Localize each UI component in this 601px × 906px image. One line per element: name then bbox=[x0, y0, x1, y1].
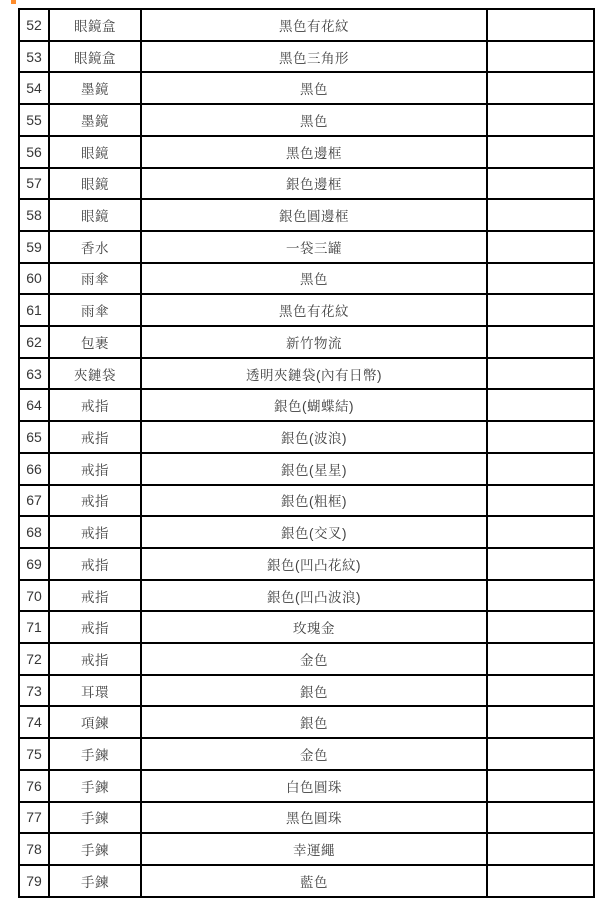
notes-cell bbox=[487, 833, 594, 865]
description-cell: 黑色圓珠 bbox=[141, 802, 487, 834]
description-cell: 銀色(蝴蝶結) bbox=[141, 389, 487, 421]
item-cell: 手鍊 bbox=[49, 770, 141, 802]
table-row: 61雨傘黑色有花紋 bbox=[19, 294, 594, 326]
description-cell: 新竹物流 bbox=[141, 326, 487, 358]
description-cell: 銀色(星星) bbox=[141, 453, 487, 485]
table-row: 79手鍊藍色 bbox=[19, 865, 594, 897]
notes-cell bbox=[487, 199, 594, 231]
row-number-cell: 58 bbox=[19, 199, 49, 231]
row-number-cell: 72 bbox=[19, 643, 49, 675]
table-row: 60雨傘黑色 bbox=[19, 263, 594, 295]
table-row: 71戒指玫瑰金 bbox=[19, 611, 594, 643]
row-number-cell: 68 bbox=[19, 516, 49, 548]
item-cell: 夾鏈袋 bbox=[49, 358, 141, 390]
orange-marker bbox=[11, 0, 16, 4]
description-cell: 黑色 bbox=[141, 263, 487, 295]
item-cell: 眼鏡 bbox=[49, 136, 141, 168]
row-number-cell: 55 bbox=[19, 104, 49, 136]
description-cell: 白色圓珠 bbox=[141, 770, 487, 802]
description-cell: 銀色(波浪) bbox=[141, 421, 487, 453]
notes-cell bbox=[487, 9, 594, 41]
description-cell: 銀色(交叉) bbox=[141, 516, 487, 548]
item-cell: 墨鏡 bbox=[49, 104, 141, 136]
item-cell: 手鍊 bbox=[49, 833, 141, 865]
notes-cell bbox=[487, 548, 594, 580]
row-number-cell: 75 bbox=[19, 738, 49, 770]
row-number-cell: 60 bbox=[19, 263, 49, 295]
item-cell: 戒指 bbox=[49, 611, 141, 643]
item-cell: 耳環 bbox=[49, 675, 141, 707]
notes-cell bbox=[487, 326, 594, 358]
row-number-cell: 62 bbox=[19, 326, 49, 358]
notes-cell bbox=[487, 168, 594, 200]
notes-cell bbox=[487, 643, 594, 675]
description-cell: 銀色邊框 bbox=[141, 168, 487, 200]
notes-cell bbox=[487, 770, 594, 802]
notes-cell bbox=[487, 865, 594, 897]
description-cell: 金色 bbox=[141, 738, 487, 770]
description-cell: 銀色(凹凸花紋) bbox=[141, 548, 487, 580]
notes-cell bbox=[487, 485, 594, 517]
row-number-cell: 78 bbox=[19, 833, 49, 865]
table-row: 63夾鏈袋透明夾鏈袋(內有日幣) bbox=[19, 358, 594, 390]
description-cell: 透明夾鏈袋(內有日幣) bbox=[141, 358, 487, 390]
table-row: 77手鍊黑色圓珠 bbox=[19, 802, 594, 834]
table-row: 75手鍊金色 bbox=[19, 738, 594, 770]
table-row: 56眼鏡黑色邊框 bbox=[19, 136, 594, 168]
table-row: 72戒指金色 bbox=[19, 643, 594, 675]
table-row: 76手鍊白色圓珠 bbox=[19, 770, 594, 802]
description-cell: 黑色有花紋 bbox=[141, 9, 487, 41]
table-row: 67戒指銀色(粗框) bbox=[19, 485, 594, 517]
description-cell: 黑色 bbox=[141, 72, 487, 104]
table-row: 68戒指銀色(交叉) bbox=[19, 516, 594, 548]
item-cell: 眼鏡盒 bbox=[49, 9, 141, 41]
item-cell: 眼鏡 bbox=[49, 199, 141, 231]
table-row: 69戒指銀色(凹凸花紋) bbox=[19, 548, 594, 580]
description-cell: 藍色 bbox=[141, 865, 487, 897]
table-row: 54墨鏡黑色 bbox=[19, 72, 594, 104]
row-number-cell: 69 bbox=[19, 548, 49, 580]
table-row: 62包裹新竹物流 bbox=[19, 326, 594, 358]
row-number-cell: 65 bbox=[19, 421, 49, 453]
notes-cell bbox=[487, 516, 594, 548]
item-cell: 戒指 bbox=[49, 453, 141, 485]
row-number-cell: 54 bbox=[19, 72, 49, 104]
item-cell: 墨鏡 bbox=[49, 72, 141, 104]
table-row: 73耳環銀色 bbox=[19, 675, 594, 707]
notes-cell bbox=[487, 263, 594, 295]
notes-cell bbox=[487, 294, 594, 326]
row-number-cell: 61 bbox=[19, 294, 49, 326]
table-row: 74項鍊銀色 bbox=[19, 706, 594, 738]
table-row: 55墨鏡黑色 bbox=[19, 104, 594, 136]
item-cell: 眼鏡 bbox=[49, 168, 141, 200]
item-cell: 香水 bbox=[49, 231, 141, 263]
description-cell: 銀色(凹凸波浪) bbox=[141, 580, 487, 612]
description-cell: 幸運繩 bbox=[141, 833, 487, 865]
row-number-cell: 70 bbox=[19, 580, 49, 612]
item-cell: 戒指 bbox=[49, 421, 141, 453]
item-cell: 手鍊 bbox=[49, 865, 141, 897]
notes-cell bbox=[487, 72, 594, 104]
notes-cell bbox=[487, 453, 594, 485]
item-cell: 雨傘 bbox=[49, 263, 141, 295]
item-cell: 戒指 bbox=[49, 580, 141, 612]
table-row: 58眼鏡銀色圓邊框 bbox=[19, 199, 594, 231]
description-cell: 玫瑰金 bbox=[141, 611, 487, 643]
table-row: 70戒指銀色(凹凸波浪) bbox=[19, 580, 594, 612]
item-cell: 眼鏡盒 bbox=[49, 41, 141, 73]
table-row: 65戒指銀色(波浪) bbox=[19, 421, 594, 453]
notes-cell bbox=[487, 421, 594, 453]
row-number-cell: 73 bbox=[19, 675, 49, 707]
table-row: 53眼鏡盒黑色三角形 bbox=[19, 41, 594, 73]
description-cell: 黑色有花紋 bbox=[141, 294, 487, 326]
row-number-cell: 76 bbox=[19, 770, 49, 802]
item-cell: 雨傘 bbox=[49, 294, 141, 326]
notes-cell bbox=[487, 738, 594, 770]
item-cell: 項鍊 bbox=[49, 706, 141, 738]
notes-cell bbox=[487, 802, 594, 834]
table-row: 57眼鏡銀色邊框 bbox=[19, 168, 594, 200]
notes-cell bbox=[487, 675, 594, 707]
table-body: 52眼鏡盒黑色有花紋53眼鏡盒黑色三角形54墨鏡黑色55墨鏡黑色56眼鏡黑色邊框… bbox=[19, 9, 594, 897]
row-number-cell: 66 bbox=[19, 453, 49, 485]
notes-cell bbox=[487, 41, 594, 73]
notes-cell bbox=[487, 358, 594, 390]
page: { "page": { "background": "#ffffff" }, "… bbox=[0, 0, 601, 906]
row-number-cell: 63 bbox=[19, 358, 49, 390]
item-cell: 戒指 bbox=[49, 485, 141, 517]
item-cell: 戒指 bbox=[49, 389, 141, 421]
description-cell: 黑色三角形 bbox=[141, 41, 487, 73]
table-row: 52眼鏡盒黑色有花紋 bbox=[19, 9, 594, 41]
table-row: 78手鍊幸運繩 bbox=[19, 833, 594, 865]
row-number-cell: 53 bbox=[19, 41, 49, 73]
table-row: 59香水一袋三罐 bbox=[19, 231, 594, 263]
description-cell: 銀色 bbox=[141, 706, 487, 738]
notes-cell bbox=[487, 580, 594, 612]
notes-cell bbox=[487, 104, 594, 136]
notes-cell bbox=[487, 706, 594, 738]
item-cell: 手鍊 bbox=[49, 738, 141, 770]
row-number-cell: 56 bbox=[19, 136, 49, 168]
row-number-cell: 64 bbox=[19, 389, 49, 421]
notes-cell bbox=[487, 389, 594, 421]
notes-cell bbox=[487, 136, 594, 168]
row-number-cell: 59 bbox=[19, 231, 49, 263]
description-cell: 金色 bbox=[141, 643, 487, 675]
table-row: 64戒指銀色(蝴蝶結) bbox=[19, 389, 594, 421]
item-cell: 戒指 bbox=[49, 516, 141, 548]
notes-cell bbox=[487, 611, 594, 643]
row-number-cell: 52 bbox=[19, 9, 49, 41]
row-number-cell: 77 bbox=[19, 802, 49, 834]
item-cell: 戒指 bbox=[49, 643, 141, 675]
table-row: 66戒指銀色(星星) bbox=[19, 453, 594, 485]
description-cell: 銀色圓邊框 bbox=[141, 199, 487, 231]
notes-cell bbox=[487, 231, 594, 263]
row-number-cell: 74 bbox=[19, 706, 49, 738]
description-cell: 銀色(粗框) bbox=[141, 485, 487, 517]
item-cell: 戒指 bbox=[49, 548, 141, 580]
inventory-table: 52眼鏡盒黑色有花紋53眼鏡盒黑色三角形54墨鏡黑色55墨鏡黑色56眼鏡黑色邊框… bbox=[18, 8, 595, 898]
description-cell: 一袋三罐 bbox=[141, 231, 487, 263]
row-number-cell: 79 bbox=[19, 865, 49, 897]
row-number-cell: 57 bbox=[19, 168, 49, 200]
item-cell: 包裹 bbox=[49, 326, 141, 358]
row-number-cell: 67 bbox=[19, 485, 49, 517]
item-cell: 手鍊 bbox=[49, 802, 141, 834]
description-cell: 銀色 bbox=[141, 675, 487, 707]
row-number-cell: 71 bbox=[19, 611, 49, 643]
description-cell: 黑色 bbox=[141, 104, 487, 136]
description-cell: 黑色邊框 bbox=[141, 136, 487, 168]
